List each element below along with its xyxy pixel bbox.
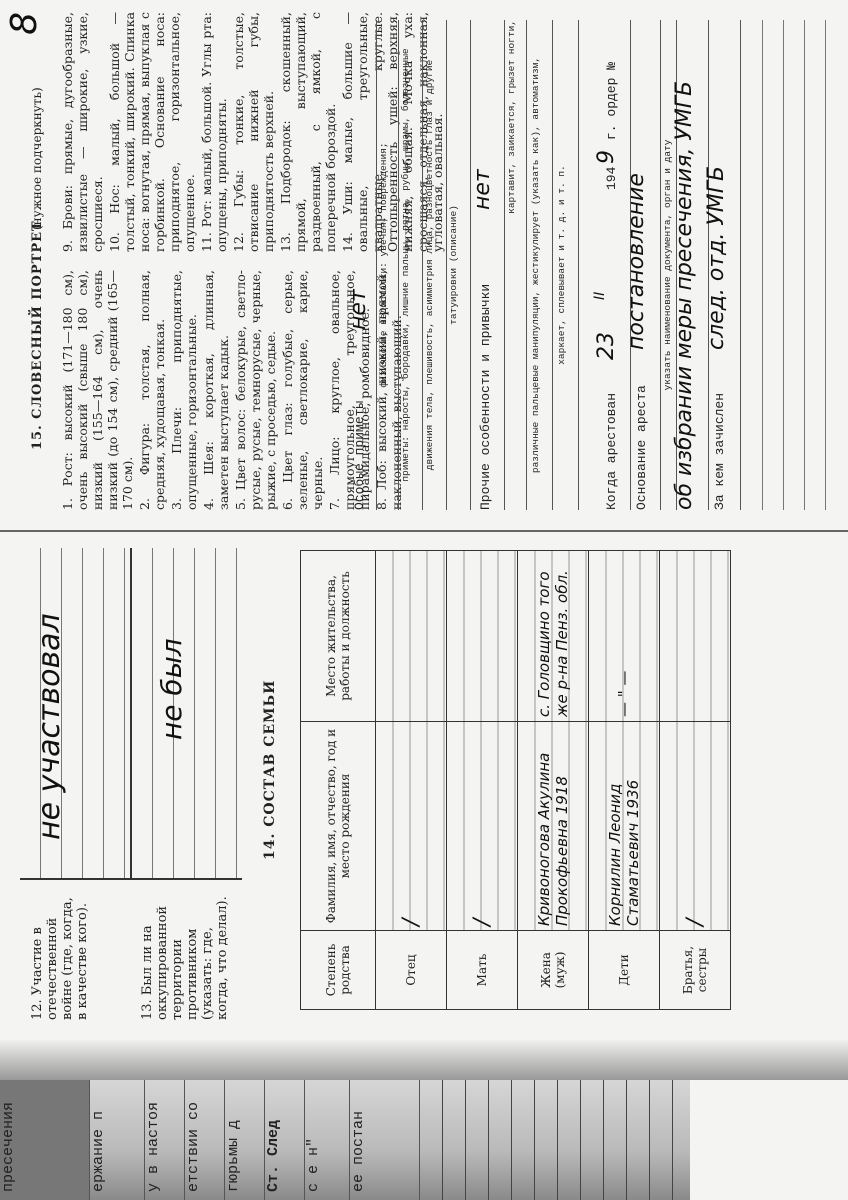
arrest-day: 23 xyxy=(594,332,619,360)
prev-fragment: етствии со xyxy=(185,1080,225,1200)
arrest-date-label: Когда арестован xyxy=(604,393,619,510)
portrait-item: 2. Фигура: толстая, полная, средняя, худ… xyxy=(137,270,167,510)
portrait-item: 1. Рост: высокий (171—180 см), очень выс… xyxy=(60,270,135,510)
prev-fragment: у в настоя xyxy=(145,1080,185,1200)
registered-row: За кем зачислен след. отд. УМГБ xyxy=(712,20,741,510)
col-residence: Место жительства, работы и должность xyxy=(301,551,376,722)
hint: картавит, заикается, грызет ногти, xyxy=(506,20,527,510)
portrait-item: 13. Подбородок: скошенный, прямой, высту… xyxy=(278,12,338,252)
page-binding-shadow xyxy=(0,1040,848,1080)
special-marks-label: Особые приметы xyxy=(352,401,367,510)
table-row: Отец / xyxy=(376,551,447,1010)
section12-answer: не участвовал xyxy=(32,613,67,840)
portrait-item: 4. Шея: короткая, длинная, заметен высту… xyxy=(201,270,231,510)
portrait-item: 9. Брови: прямые, дугообразные, извилист… xyxy=(60,12,105,252)
col-name: Фамилия, имя, отчество, год и место рожд… xyxy=(301,722,376,931)
habits-answer: нет xyxy=(470,169,495,210)
previous-page-edge: пресечения ержание п у в настоя етствии … xyxy=(0,1080,690,1200)
arrest-year-digit: 9 xyxy=(594,150,619,164)
arrest-month: II xyxy=(592,292,608,300)
registered-label: За кем зачислен xyxy=(712,393,727,510)
residence-cell xyxy=(447,551,518,722)
hint: различные пальцевые манипуляции, жестику… xyxy=(530,20,553,510)
arrest-basis-answer: след. отд. УМГБ xyxy=(704,166,729,350)
section12-label: 12. Участие в отечественной войне (где, … xyxy=(30,890,90,1020)
col-relation: Степень родства xyxy=(301,931,376,1010)
table-row: Братья, сестры / xyxy=(660,551,731,1010)
portrait-item: 3. Плечи: приподнятые, опущенные, горизо… xyxy=(169,270,199,510)
name-cell: Корнилин Леонид Стаматьевич 1936 xyxy=(589,722,660,931)
arrest-year-prefix: 194 xyxy=(604,167,619,190)
arrest-order-label: г. ордер № xyxy=(604,62,619,140)
habits-row: Прочие особенности и привычки нет xyxy=(478,20,505,510)
hint: татуировки (описание) xyxy=(448,20,471,510)
table-row: Мать / xyxy=(447,551,518,1010)
prev-fragment: ержание п xyxy=(90,1080,145,1200)
residence-cell: — " — xyxy=(589,551,660,722)
arrest-basis-label: Основание ареста xyxy=(634,385,649,510)
table-row: Жена (муж) Кривоногова Акулина Прокофьев… xyxy=(518,551,589,1010)
hint: харкает, сплевывает и т. д. и т. п. xyxy=(556,20,579,510)
arrest-basis-answer: постановление xyxy=(624,173,649,350)
portrait-item: 5. Цвет волос: белокурые, светло-русые, … xyxy=(233,270,278,510)
prev-fragment: ее постан xyxy=(350,1080,420,1200)
family-table: Степень родства Фамилия, имя, отчество, … xyxy=(300,550,731,1010)
name-cell: / xyxy=(660,722,731,931)
scanned-document-page: пресечения ержание п у в настоя етствии … xyxy=(0,0,848,1200)
relation-cell: Дети xyxy=(589,931,660,1010)
hint: движения тела, плешивость, асимметрия ли… xyxy=(424,20,447,510)
residence-cell: с. Головщино того же р-на Пенз. обл. xyxy=(518,551,589,722)
relation-cell: Жена (муж) xyxy=(518,931,589,1010)
section15-title: 15. СЛОВЕСНЫЙ ПОРТРЕТ xyxy=(30,220,45,450)
habits-label: Прочие особенности и привычки xyxy=(478,284,493,510)
prev-fragment: с е н" xyxy=(305,1080,350,1200)
portrait-item: 11. Рот: малый, большой. Углы рта: опуще… xyxy=(199,12,229,252)
residence-cell xyxy=(660,551,731,722)
relation-cell: Братья, сестры xyxy=(660,931,731,1010)
prev-ruled-lines xyxy=(420,1080,690,1200)
stamp-fragment: Ст. След xyxy=(265,1080,305,1200)
prev-fragment: пресечения xyxy=(0,1080,90,1200)
arrest-basis-answer: об избрании меры пресечения, УМГБ xyxy=(672,81,697,510)
name-cell: Кривоногова Акулина Прокофьевна 1918 xyxy=(518,722,589,931)
hint: приметы: наросты, бородавки, лишние паль… xyxy=(400,20,423,510)
blank-ruled-lines xyxy=(742,20,826,510)
name-cell: / xyxy=(376,722,447,931)
hint: физические недостатки: увечья, поврежден… xyxy=(378,20,399,510)
name-cell: / xyxy=(447,722,518,931)
residence-cell xyxy=(376,551,447,722)
portrait-item: 12. Губы: тонкие, толстые, отвисание ниж… xyxy=(231,12,276,252)
arrest-basis-row: Основание ареста постановление xyxy=(634,20,661,510)
page-number: 8 xyxy=(4,12,45,35)
special-marks-answer: нет xyxy=(346,289,371,330)
section13-label: 13. Был ли на оккупированной территории … xyxy=(140,890,230,1020)
portrait-item: 6. Цвет глаз: голубые, серые, зеленые, с… xyxy=(280,270,325,510)
portrait-item: 10. Нос: малый, большой — толстый, тонки… xyxy=(107,12,197,252)
relation-cell: Мать xyxy=(447,931,518,1010)
section13-answer: не был xyxy=(155,638,188,740)
special-marks-row: Особые приметы нет xyxy=(352,20,377,510)
left-half: 12. Участие в отечественной войне (где, … xyxy=(0,540,848,1040)
prev-fragment: гюрьмы д xyxy=(225,1080,265,1200)
relation-cell: Отец xyxy=(376,931,447,1010)
table-row: Дети Корнилин Леонид Стаматьевич 1936 — … xyxy=(589,551,660,1010)
right-half: 8 15. СЛОВЕСНЫЙ ПОРТРЕТ (нужное подчеркн… xyxy=(0,0,848,532)
section14-title: 14. СОСТАВ СЕМЬИ xyxy=(262,680,278,860)
section15-note: (нужное подчеркнуть) xyxy=(30,87,45,230)
